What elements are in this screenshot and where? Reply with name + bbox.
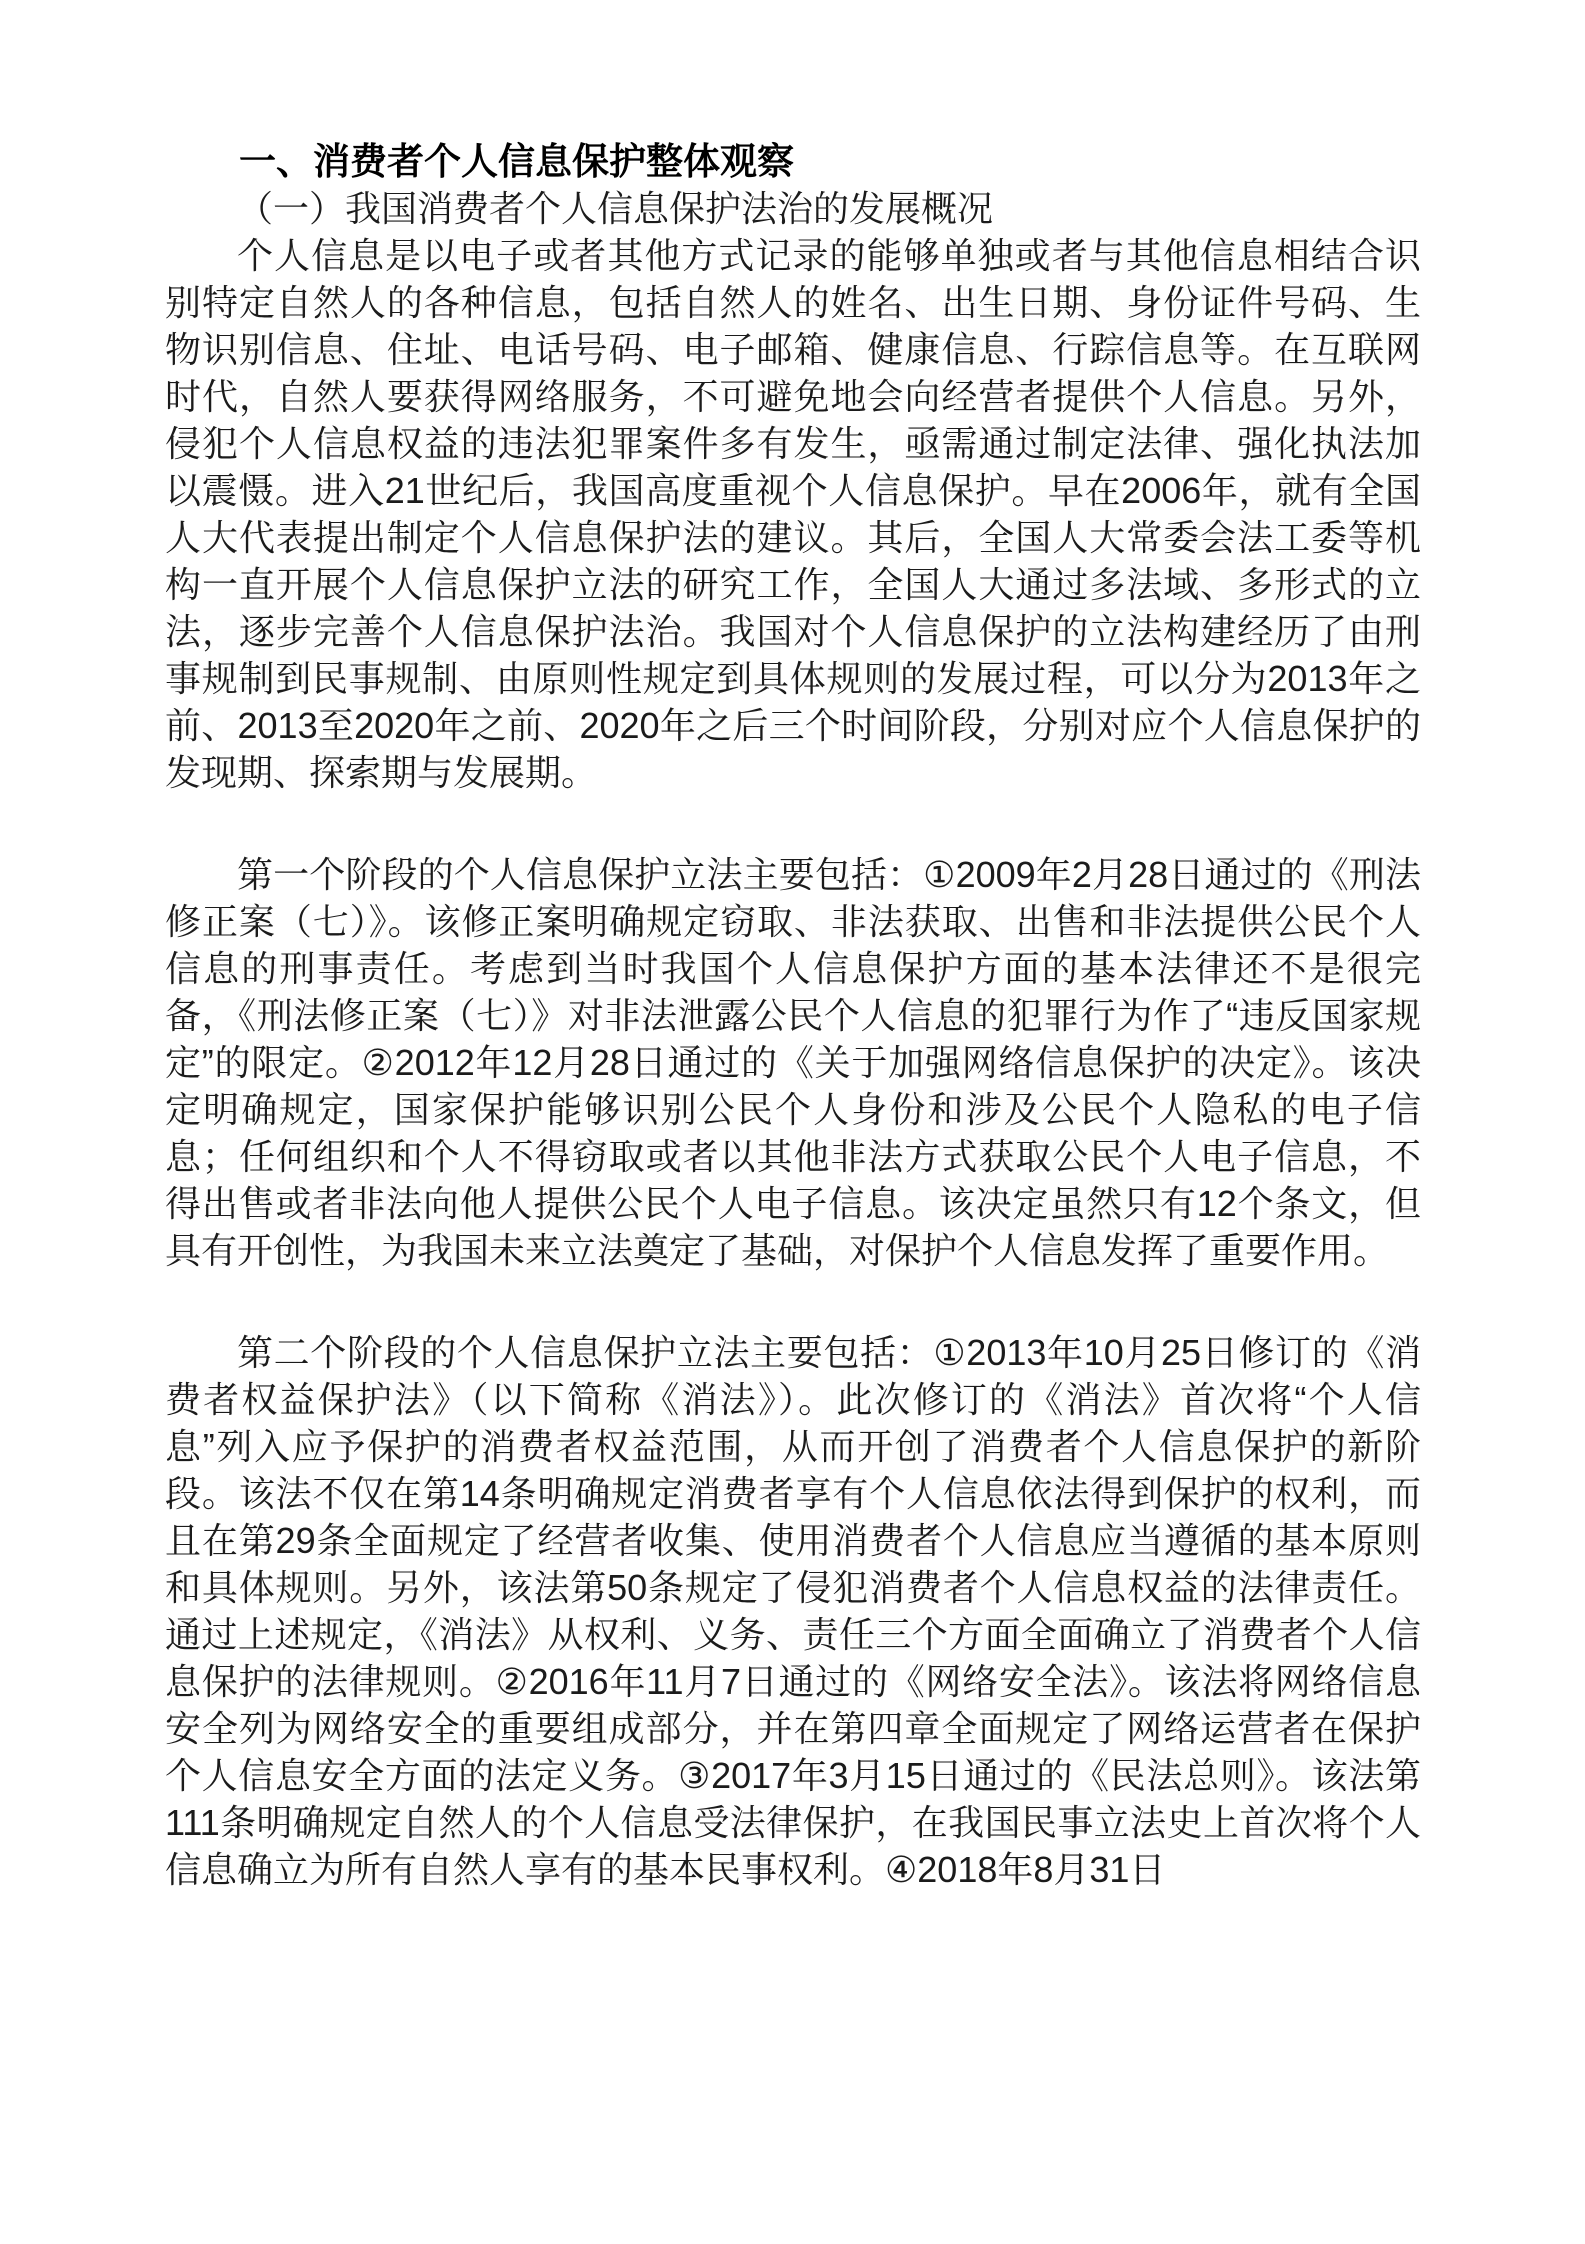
paragraph-stage-one: 第一个阶段的个人信息保护立法主要包括：①2009年2月28日通过的《刑法修正案（… — [165, 851, 1421, 1274]
paragraph-overview: 个人信息是以电子或者其他方式记录的能够单独或者与其他信息相结合识别特定自然人的各… — [165, 232, 1421, 796]
document-page: 一、消费者个人信息保护整体观察 （一）我国消费者个人信息保护法治的发展概况 个人… — [0, 0, 1585, 2244]
document-content: 一、消费者个人信息保护整体观察 （一）我国消费者个人信息保护法治的发展概况 个人… — [165, 138, 1421, 1893]
paragraph-stage-two: 第二个阶段的个人信息保护立法主要包括：①2013年10月25日修订的《消费者权益… — [165, 1329, 1421, 1893]
section-subheading: （一）我国消费者个人信息保护法治的发展概况 — [165, 185, 1421, 232]
section-heading: 一、消费者个人信息保护整体观察 — [165, 138, 1421, 185]
